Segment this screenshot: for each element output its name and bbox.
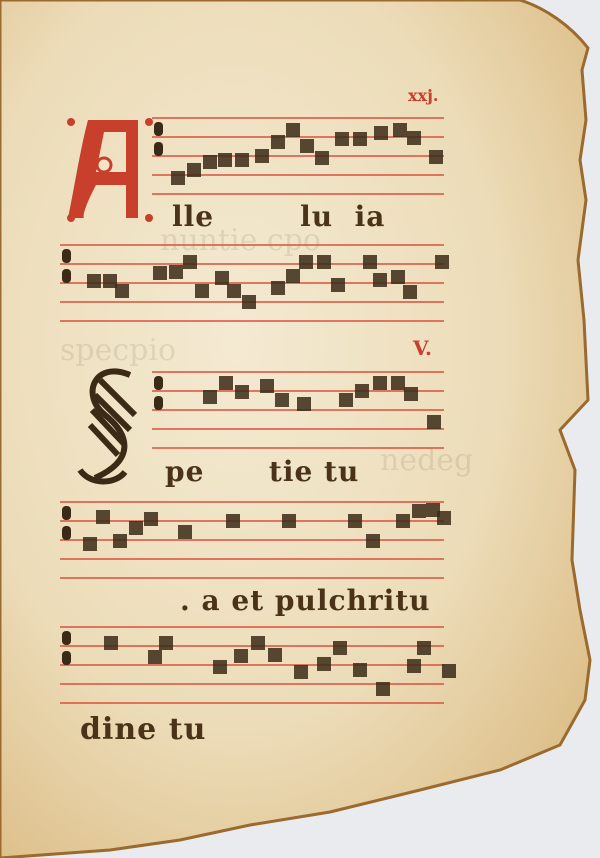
folio-number: xxj. [408,86,438,105]
verse-marker: V. [413,336,432,360]
lyric-line-4: dine tu [80,712,206,747]
lyric-line-3: . a et pulchritu [180,584,431,617]
svg-text:specpio: specpio [60,333,176,368]
lyric-line-1: lle lu ia [172,200,385,233]
lyric-line-2: pe tie tu [165,455,359,488]
